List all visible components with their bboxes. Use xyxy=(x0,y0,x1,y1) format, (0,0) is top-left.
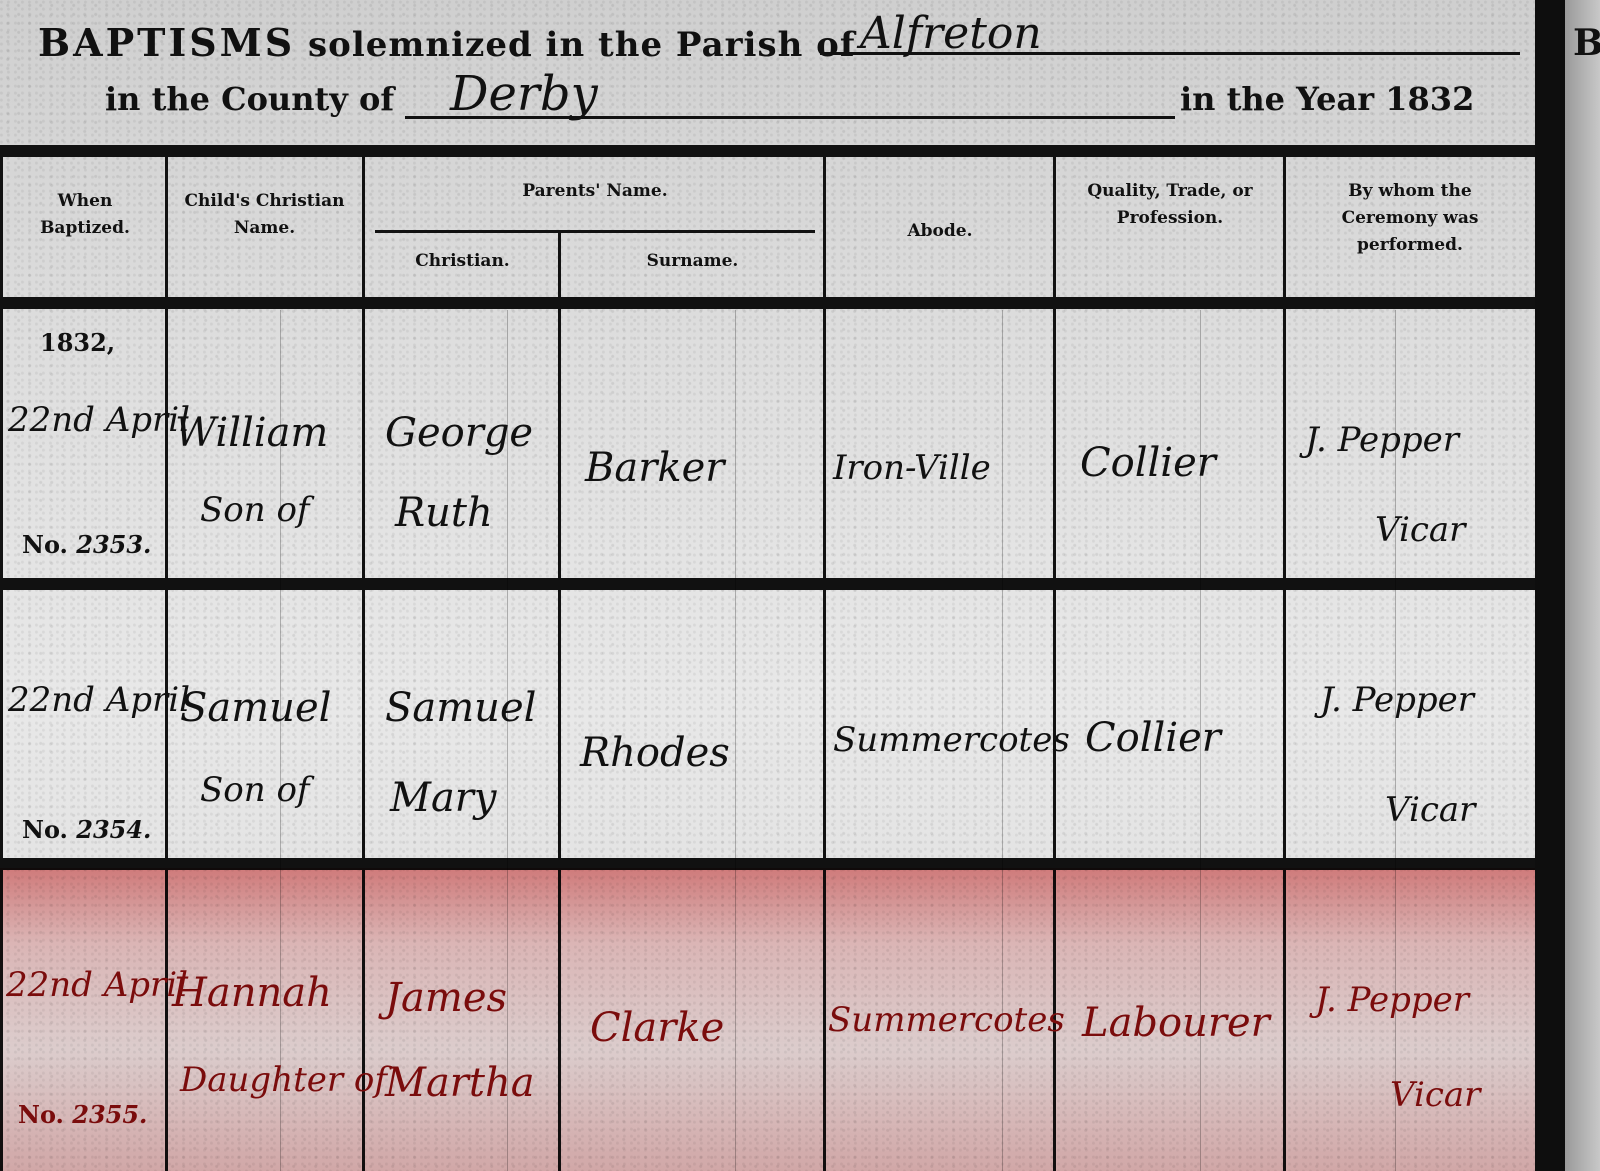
entry-number: No. 2353. xyxy=(22,530,151,559)
number-value: 2354. xyxy=(76,815,151,844)
year-label: in the Year xyxy=(1180,80,1374,118)
entry-abode: Summercotes xyxy=(828,1000,1065,1040)
entry-trade: Collier xyxy=(1080,440,1216,486)
entry-relation: Daughter of xyxy=(180,1060,387,1100)
entry-trade: Labourer xyxy=(1082,1000,1270,1046)
entry-abode: Iron-Ville xyxy=(833,448,991,488)
entry-mother: Mary xyxy=(390,775,497,821)
entry-relation: Son of xyxy=(200,770,310,810)
entry-child-name: Hannah xyxy=(172,970,332,1016)
entry-abode: Summercotes xyxy=(833,720,1070,760)
entry-surname: Clarke xyxy=(590,1005,724,1051)
colhead-parent-christian: Christian. xyxy=(370,248,555,275)
entry-officiant-title: Vicar xyxy=(1385,790,1475,830)
colhead-parents-name: Parents' Name. xyxy=(375,178,815,205)
heading-year: in the Year 1832 xyxy=(1180,80,1474,118)
entry-father: Samuel xyxy=(385,685,536,731)
entry-date: 22nd April xyxy=(8,400,190,440)
entry-officiant-name: J. Pepper xyxy=(1320,680,1474,720)
entry-number: No. 2354. xyxy=(22,815,151,844)
register-heading: BAPTISMS solemnized in the Parish of Alf… xyxy=(0,0,1535,148)
highlighted-entry-overlay xyxy=(0,868,1540,1171)
number-label: No. xyxy=(22,815,68,844)
adjacent-page-edge: B xyxy=(1565,0,1600,1171)
number-label: No. xyxy=(18,1100,64,1129)
heading-baptisms: BAPTISMS xyxy=(38,20,295,65)
county-value: Derby xyxy=(450,66,598,122)
number-value: 2355. xyxy=(72,1100,147,1129)
entry-mother: Ruth xyxy=(395,490,493,536)
colhead-trade: Quality, Trade, or Profession. xyxy=(1080,178,1260,232)
colhead-abode: Abode. xyxy=(830,218,1050,245)
entry-officiant-title: Vicar xyxy=(1390,1075,1480,1115)
adjacent-page-fragment: B xyxy=(1573,22,1600,64)
entry-relation: Son of xyxy=(200,490,310,530)
book-gutter xyxy=(1535,0,1565,1171)
entry-year-note: 1832, xyxy=(40,328,115,357)
rule-header-bottom xyxy=(0,297,1535,309)
rule-heading-bottom xyxy=(0,145,1535,157)
parish-value: Alfreton xyxy=(860,8,1042,59)
entry-date: 22nd April xyxy=(6,965,188,1005)
entry-father: James xyxy=(385,975,507,1021)
colhead-officiant: By whom the Ceremony was performed. xyxy=(1300,178,1520,260)
heading-parish-label: solemnized in the Parish of xyxy=(308,25,855,65)
rule-row-1-bottom xyxy=(0,578,1540,590)
colhead-parent-surname: Surname. xyxy=(565,248,820,275)
colhead-when-baptized: When Baptized. xyxy=(15,188,155,242)
entry-officiant-title: Vicar xyxy=(1375,510,1465,550)
heading-line-1: BAPTISMS solemnized in the Parish of xyxy=(38,20,855,65)
rule-parents-subheader xyxy=(375,230,815,233)
entry-father: George xyxy=(385,410,533,456)
entry-officiant-name: J. Pepper xyxy=(1315,980,1469,1020)
year-value: 1832 xyxy=(1385,80,1474,118)
number-value: 2353. xyxy=(76,530,151,559)
entry-mother: Martha xyxy=(385,1060,535,1106)
number-label: No. xyxy=(22,530,68,559)
entry-date: 22nd April xyxy=(8,680,190,720)
entry-child-name: Samuel xyxy=(180,685,331,731)
entry-child-name: William xyxy=(175,410,328,456)
entry-officiant-name: J. Pepper xyxy=(1305,420,1459,460)
colhead-child-name: Child's Christian Name. xyxy=(172,188,357,242)
register-page: BAPTISMS solemnized in the Parish of Alf… xyxy=(0,0,1555,1171)
entry-surname: Rhodes xyxy=(580,730,730,776)
entry-trade: Collier xyxy=(1085,715,1221,761)
heading-county-label: in the County of xyxy=(105,80,394,118)
entry-number: No. 2355. xyxy=(18,1100,147,1129)
entry-surname: Barker xyxy=(585,445,724,491)
